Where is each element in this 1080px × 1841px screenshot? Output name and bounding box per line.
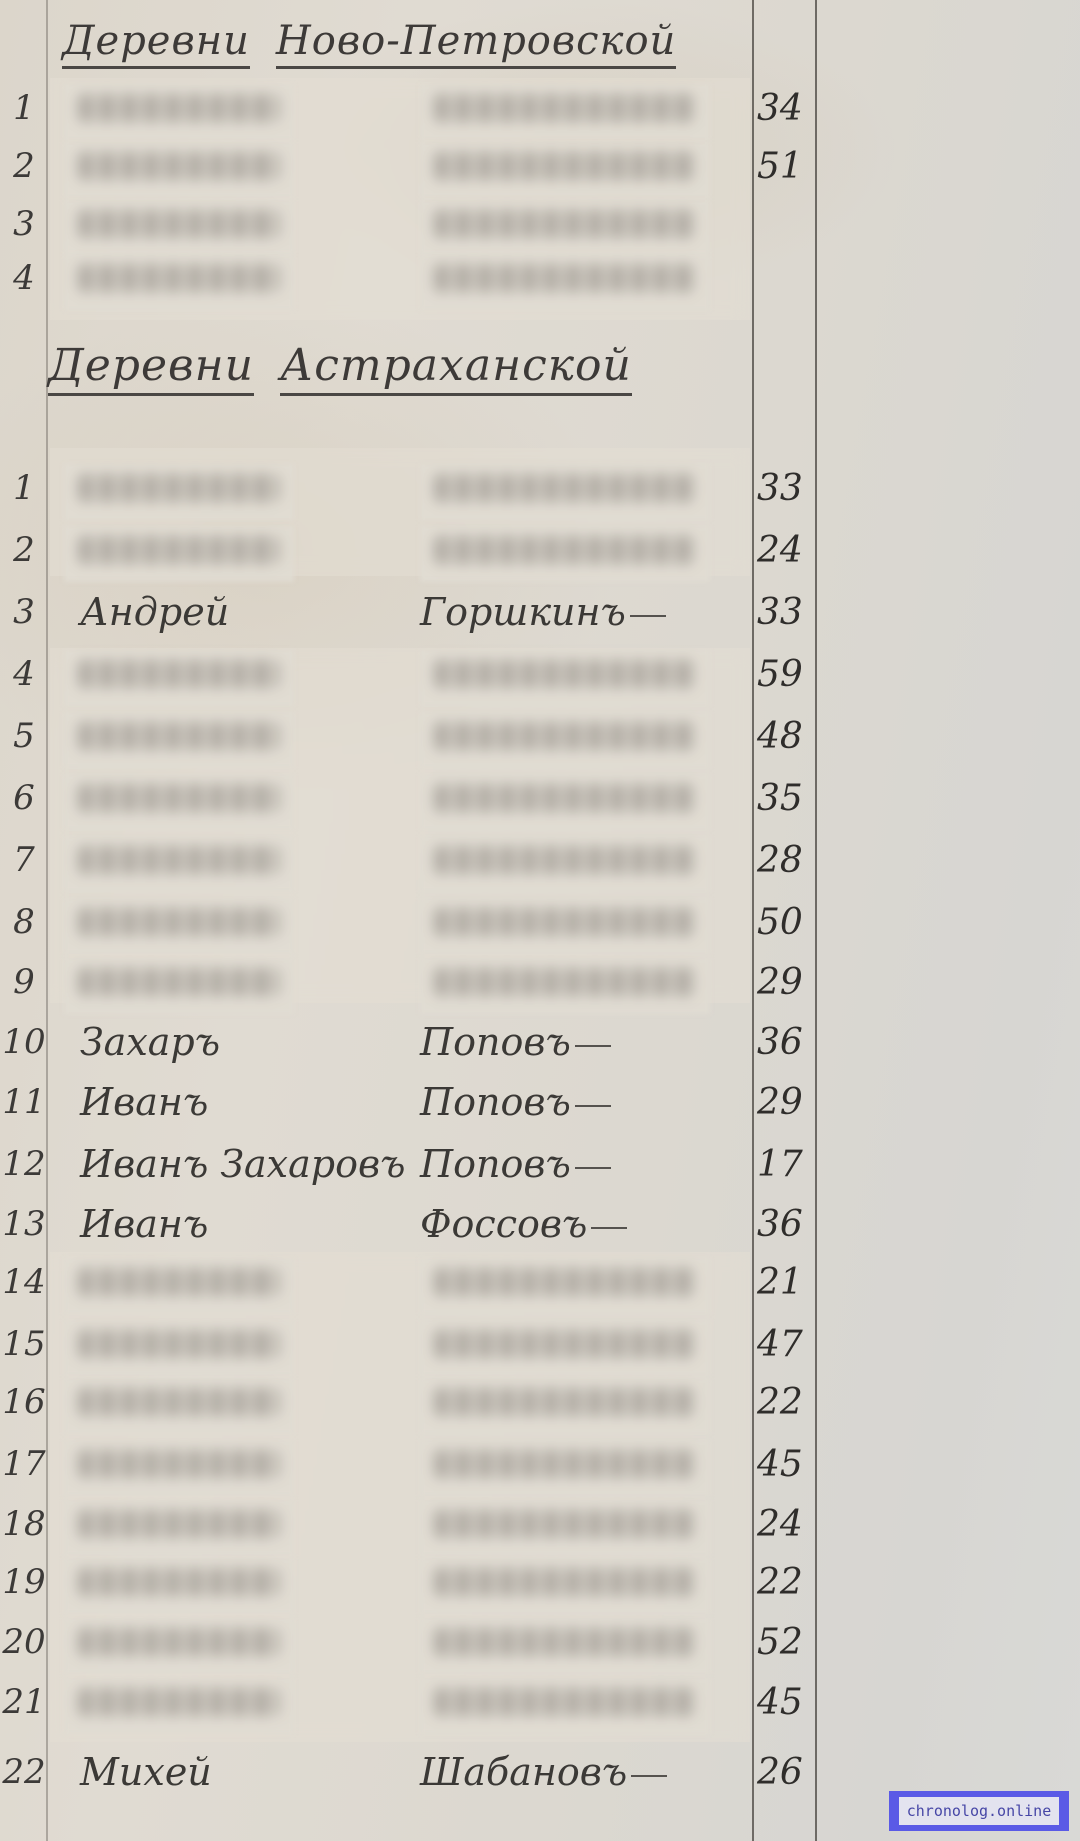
register-row: 1421 bbox=[0, 1256, 840, 1316]
register-row: 548 bbox=[0, 710, 840, 770]
redacted-first-name bbox=[64, 1678, 294, 1734]
redacted-first-name bbox=[64, 1258, 294, 1314]
redacted-first-name bbox=[64, 712, 294, 768]
register-row: 728 bbox=[0, 834, 840, 894]
register-row: 224 bbox=[0, 524, 840, 584]
row-number: 8 bbox=[2, 902, 46, 942]
surname: Горшкинъ bbox=[420, 590, 666, 634]
register-row: 850 bbox=[0, 896, 840, 956]
first-name: Андрей bbox=[80, 590, 229, 634]
redacted-first-name bbox=[64, 200, 294, 256]
row-number: 1 bbox=[2, 88, 46, 128]
register-row: 251 bbox=[0, 140, 840, 200]
redacted-surname bbox=[420, 958, 710, 1014]
row-number: 13 bbox=[2, 1204, 46, 1244]
row-number: 12 bbox=[2, 1144, 46, 1184]
redacted-surname bbox=[420, 1378, 710, 1434]
register-row: 12Иванъ ЗахаровъПоповъ17 bbox=[0, 1138, 840, 1198]
age: 50 bbox=[757, 902, 819, 943]
age: 51 bbox=[757, 146, 819, 187]
row-number: 18 bbox=[2, 1504, 46, 1544]
heading-word-1: Деревни bbox=[62, 18, 250, 69]
register-row: 3АндрейГоршкинъ33 bbox=[0, 586, 840, 646]
row-number: 1 bbox=[2, 468, 46, 508]
register-page: ДеревниНово-Петровской 13425134 ДеревниА… bbox=[0, 0, 1080, 1841]
redacted-surname bbox=[420, 464, 710, 520]
age: 45 bbox=[757, 1444, 819, 1485]
row-number: 6 bbox=[2, 778, 46, 818]
redacted-first-name bbox=[64, 1378, 294, 1434]
age: 33 bbox=[757, 592, 819, 633]
redacted-first-name bbox=[64, 142, 294, 198]
register-row: 2145 bbox=[0, 1676, 840, 1736]
surname: Шабановъ bbox=[420, 1750, 667, 1794]
section-heading-novo-petrovskoy: ДеревниНово-Петровской bbox=[62, 18, 702, 69]
register-row: 929 bbox=[0, 956, 840, 1016]
age: 26 bbox=[757, 1752, 819, 1793]
redacted-first-name bbox=[64, 254, 294, 310]
redacted-surname bbox=[420, 712, 710, 768]
row-number: 14 bbox=[2, 1262, 46, 1302]
age: 22 bbox=[757, 1562, 819, 1603]
row-number: 17 bbox=[2, 1444, 46, 1484]
row-number: 11 bbox=[2, 1082, 46, 1122]
age: 47 bbox=[757, 1324, 819, 1365]
first-name: Захаръ bbox=[80, 1020, 220, 1064]
row-number: 4 bbox=[2, 258, 46, 298]
age: 59 bbox=[757, 654, 819, 695]
surname: Фоссовъ bbox=[420, 1202, 627, 1246]
age: 24 bbox=[757, 530, 819, 571]
redacted-first-name bbox=[64, 650, 294, 706]
redacted-first-name bbox=[64, 84, 294, 140]
age: 22 bbox=[757, 1382, 819, 1423]
redacted-surname bbox=[420, 200, 710, 256]
redacted-first-name bbox=[64, 1320, 294, 1376]
redacted-first-name bbox=[64, 836, 294, 892]
register-row: 2052 bbox=[0, 1616, 840, 1676]
heading-word-1: Деревни bbox=[48, 340, 254, 396]
redacted-first-name bbox=[64, 526, 294, 582]
redacted-surname bbox=[420, 142, 710, 198]
redacted-surname bbox=[420, 1618, 710, 1674]
register-row: 459 bbox=[0, 648, 840, 708]
redacted-surname bbox=[420, 84, 710, 140]
redacted-surname bbox=[420, 1558, 710, 1614]
row-number: 2 bbox=[2, 530, 46, 570]
row-number: 21 bbox=[2, 1682, 46, 1722]
row-number: 3 bbox=[2, 204, 46, 244]
row-number: 5 bbox=[2, 716, 46, 756]
redacted-surname bbox=[420, 526, 710, 582]
row-number: 22 bbox=[2, 1752, 46, 1792]
register-row: 4 bbox=[0, 252, 840, 312]
redacted-first-name bbox=[64, 898, 294, 954]
section-heading-astrakhanskoy: ДеревниАстраханской bbox=[48, 340, 658, 396]
redacted-first-name bbox=[64, 1440, 294, 1496]
row-number: 10 bbox=[2, 1022, 46, 1062]
first-name: Иванъ Захаровъ bbox=[80, 1142, 405, 1186]
register-row: 3 bbox=[0, 198, 840, 258]
register-row: 11ИванъПоповъ29 bbox=[0, 1076, 840, 1136]
age: 24 bbox=[757, 1504, 819, 1545]
redacted-first-name bbox=[64, 1500, 294, 1556]
register-row: 1745 bbox=[0, 1438, 840, 1498]
redacted-first-name bbox=[64, 958, 294, 1014]
register-row: 1824 bbox=[0, 1498, 840, 1558]
surname: Поповъ bbox=[420, 1020, 611, 1064]
redacted-surname bbox=[420, 1440, 710, 1496]
age: 17 bbox=[757, 1144, 819, 1185]
redacted-surname bbox=[420, 898, 710, 954]
redacted-first-name bbox=[64, 464, 294, 520]
age: 29 bbox=[757, 962, 819, 1003]
heading-word-2: Астраханской bbox=[280, 340, 632, 396]
first-name: Иванъ bbox=[80, 1202, 208, 1246]
age: 28 bbox=[757, 840, 819, 881]
watermark-text: chronolog.online bbox=[899, 1797, 1059, 1825]
redacted-surname bbox=[420, 650, 710, 706]
age: 21 bbox=[757, 1262, 819, 1303]
age: 36 bbox=[757, 1022, 819, 1063]
age: 36 bbox=[757, 1204, 819, 1245]
redacted-surname bbox=[420, 1258, 710, 1314]
age: 35 bbox=[757, 778, 819, 819]
register-row: 10ЗахаръПоповъ36 bbox=[0, 1016, 840, 1076]
age: 29 bbox=[757, 1082, 819, 1123]
heading-word-2: Ново-Петровской bbox=[276, 18, 676, 69]
row-number: 9 bbox=[2, 962, 46, 1002]
age: 45 bbox=[757, 1682, 819, 1723]
register-row: 13ИванъФоссовъ36 bbox=[0, 1198, 840, 1258]
first-name: Иванъ bbox=[80, 1080, 208, 1124]
row-number: 3 bbox=[2, 592, 46, 632]
redacted-first-name bbox=[64, 1618, 294, 1674]
redacted-surname bbox=[420, 836, 710, 892]
redacted-first-name bbox=[64, 774, 294, 830]
redacted-surname bbox=[420, 1320, 710, 1376]
register-row: 134 bbox=[0, 82, 840, 142]
watermark-badge: chronolog.online bbox=[889, 1791, 1069, 1831]
first-name: Михей bbox=[80, 1750, 212, 1794]
surname: Поповъ bbox=[420, 1080, 611, 1124]
register-row: 1547 bbox=[0, 1318, 840, 1378]
redacted-surname bbox=[420, 774, 710, 830]
register-row: 133 bbox=[0, 462, 840, 522]
redacted-surname bbox=[420, 1678, 710, 1734]
age: 33 bbox=[757, 468, 819, 509]
age: 34 bbox=[757, 88, 819, 129]
register-row: 22МихейШабановъ26 bbox=[0, 1746, 840, 1806]
redacted-first-name bbox=[64, 1558, 294, 1614]
row-number: 20 bbox=[2, 1622, 46, 1662]
age: 48 bbox=[757, 716, 819, 757]
row-number: 15 bbox=[2, 1324, 46, 1364]
row-number: 19 bbox=[2, 1562, 46, 1602]
row-number: 16 bbox=[2, 1382, 46, 1422]
register-row: 1622 bbox=[0, 1376, 840, 1436]
row-number: 7 bbox=[2, 840, 46, 880]
row-number: 4 bbox=[2, 654, 46, 694]
age: 52 bbox=[757, 1622, 819, 1663]
register-row: 635 bbox=[0, 772, 840, 832]
register-row: 1922 bbox=[0, 1556, 840, 1616]
redacted-surname bbox=[420, 254, 710, 310]
row-number: 2 bbox=[2, 146, 46, 186]
surname: Поповъ bbox=[420, 1142, 611, 1186]
redacted-surname bbox=[420, 1500, 710, 1556]
